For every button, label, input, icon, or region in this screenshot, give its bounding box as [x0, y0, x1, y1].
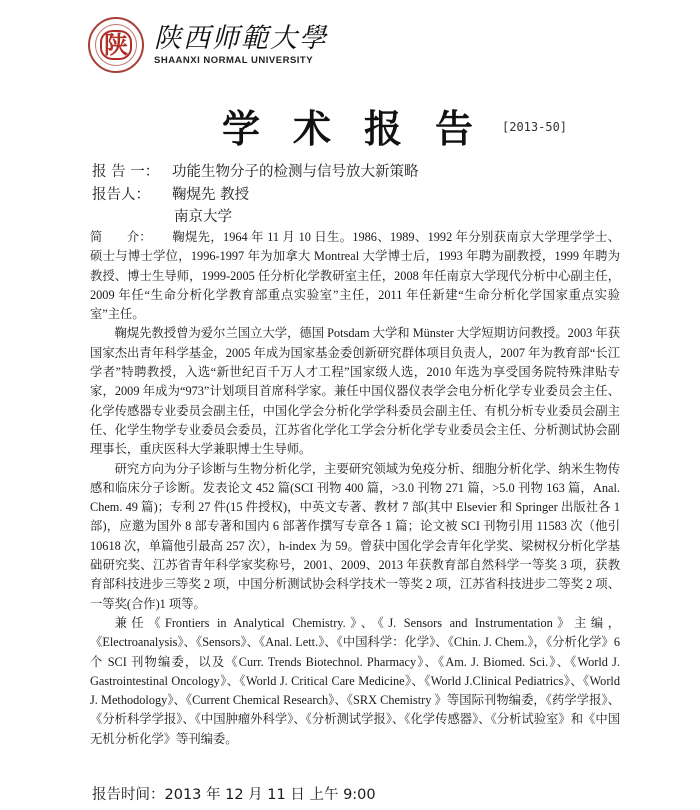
report-time: 2013 年 12 月 11 日 上午 9:00	[165, 787, 376, 803]
intro-label: 简 介：	[90, 228, 172, 247]
speaker-name: 鞠熀先 教授	[172, 187, 249, 203]
university-wordmark: 陕西师範大學 SHAANXI NORMAL UNIVERSITY	[154, 24, 328, 67]
topic-label: 报 告 一：	[92, 160, 172, 181]
speaker-label: 报告人：	[92, 183, 172, 204]
bio-paragraph-3: 研究方向为分子诊断与生物分析化学，主要研究领域为免疫分析、细胞分析化学、纳米生物…	[90, 460, 620, 614]
title-row: 学术报告 [2013-50]	[0, 98, 700, 148]
bio-paragraph-2: 鞠熀先教授曾为爱尔兰国立大学，德国 Potsdam 大学和 Münster 大学…	[90, 324, 620, 459]
report-code: [2013-50]	[502, 120, 567, 134]
speaker-line: 报告人：鞠熀先 教授	[92, 183, 249, 204]
report-topic-line: 报 告 一：功能生物分子的检测与信号放大新策略	[92, 160, 419, 181]
speaker-affiliation: 南京大学	[174, 205, 232, 226]
page-title: 学术报告	[222, 98, 506, 153]
university-name-cn: 陕西师範大學	[154, 24, 328, 54]
bio-paragraph-1: 简 介：鞠熀先，1964 年 11 月 10 日生。1986、1989、1992…	[90, 228, 620, 324]
bio-paragraph-4: 兼任《Frontiers in Analytical Chemistry.》、《…	[90, 614, 620, 749]
seal-character: 陕	[100, 30, 132, 60]
report-topic: 功能生物分子的检测与信号放大新策略	[172, 164, 419, 180]
university-header: 陕 陕西师範大學 SHAANXI NORMAL UNIVERSITY	[88, 10, 328, 80]
university-seal-logo: 陕	[88, 17, 144, 73]
report-time-line: 报告时间：2013 年 12 月 11 日 上午 9:00	[92, 783, 376, 804]
university-name-en: SHAANXI NORMAL UNIVERSITY	[154, 55, 328, 66]
time-label: 报告时间：	[92, 787, 165, 803]
speaker-biography: 简 介：鞠熀先，1964 年 11 月 10 日生。1986、1989、1992…	[90, 228, 620, 749]
